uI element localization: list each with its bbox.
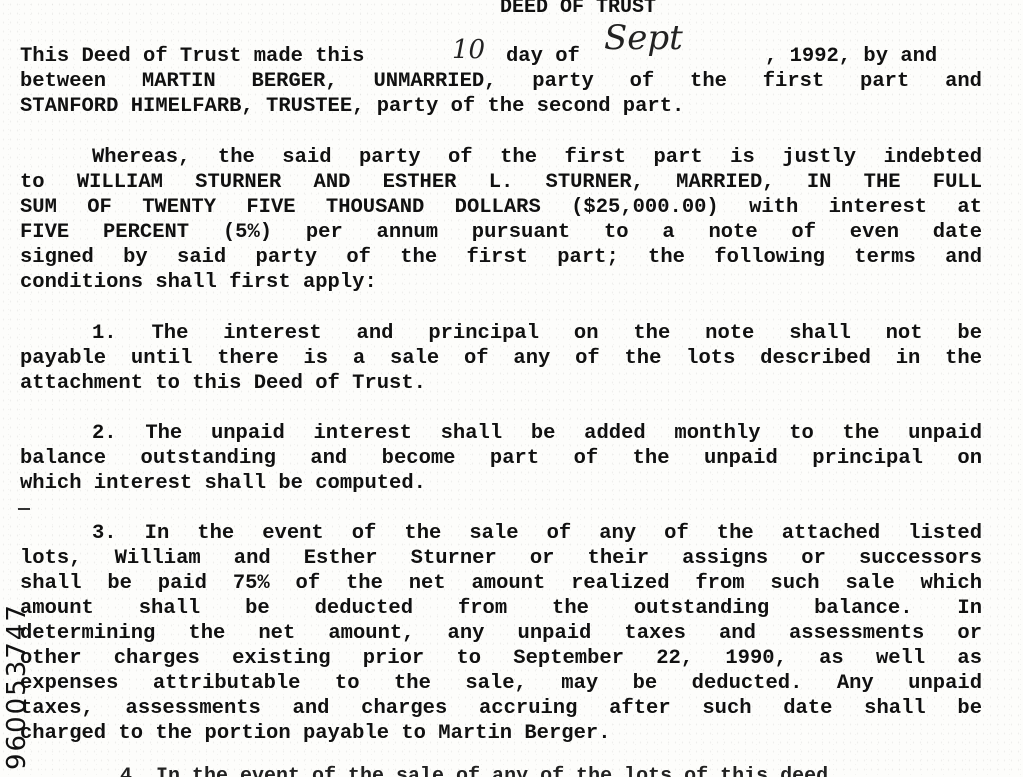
intro-line-2: between MARTIN BERGER, UNMARRIED, party … bbox=[20, 69, 982, 94]
whereas-line-3: SUM OF TWENTY FIVE THOUSAND DOLLARS ($25… bbox=[20, 195, 982, 220]
clause-1-line-3: attachment to this Deed of Trust. bbox=[20, 371, 982, 396]
handwritten-day: 10 bbox=[452, 38, 485, 63]
intro-line-3: STANFORD HIMELFARB, TRUSTEE, party of th… bbox=[20, 94, 982, 119]
partial-next-line: 4. In the event of the sale of any of th… bbox=[120, 765, 980, 777]
margin-mark bbox=[18, 508, 30, 510]
whereas-line-4: FIVE PERCENT (5%) per annum pursuant to … bbox=[20, 220, 982, 245]
handwritten-month: Sept bbox=[604, 26, 683, 51]
margin-stamp: 960053747 bbox=[2, 540, 38, 770]
whereas-line-1: Whereas, the said party of the first par… bbox=[20, 145, 982, 170]
whereas-line-5: signed by said party of the first part; … bbox=[20, 245, 982, 270]
whereas-line-2: to WILLIAM STURNER AND ESTHER L. STURNER… bbox=[20, 170, 982, 195]
document-title: DEED OF TRUST bbox=[500, 0, 656, 19]
intro-post: , 1992, by and bbox=[765, 44, 937, 69]
stamp-number: 960053747 bbox=[2, 540, 32, 770]
clause-3-line-6: other charges existing prior to Septembe… bbox=[20, 646, 982, 671]
clause-1-line-1: 1. The interest and principal on the not… bbox=[20, 321, 982, 346]
clause-3-line-7: expenses attributable to the sale, may b… bbox=[20, 671, 982, 696]
clause-3-line-9: charged to the portion payable to Martin… bbox=[20, 721, 982, 746]
clause-3-line-3: shall be paid 75% of the net amount real… bbox=[20, 571, 982, 596]
clause-2-line-3: which interest shall be computed. bbox=[20, 471, 982, 496]
clause-3-line-1: 3. In the event of the sale of any of th… bbox=[20, 521, 982, 546]
whereas-line-6: conditions shall first apply: bbox=[20, 270, 982, 295]
clause-3-line-8: taxes, assessments and charges accruing … bbox=[20, 696, 982, 721]
clause-2-line-1: 2. The unpaid interest shall be added mo… bbox=[20, 421, 982, 446]
clause-3-line-4: amount shall be deducted from the outsta… bbox=[20, 596, 982, 621]
clause-3-line-2: lots, William and Esther Sturner or thei… bbox=[20, 546, 982, 571]
intro-mid: day of bbox=[506, 44, 580, 69]
clause-1-line-2: payable until there is a sale of any of … bbox=[20, 346, 982, 371]
intro-line-1: This Deed of Trust made this 10 day of S… bbox=[20, 44, 982, 69]
intro-pre: This Deed of Trust made this bbox=[20, 45, 364, 68]
clause-2-line-2: balance outstanding and become part of t… bbox=[20, 446, 982, 471]
clause-3-line-5: determining the net amount, any unpaid t… bbox=[20, 621, 982, 646]
